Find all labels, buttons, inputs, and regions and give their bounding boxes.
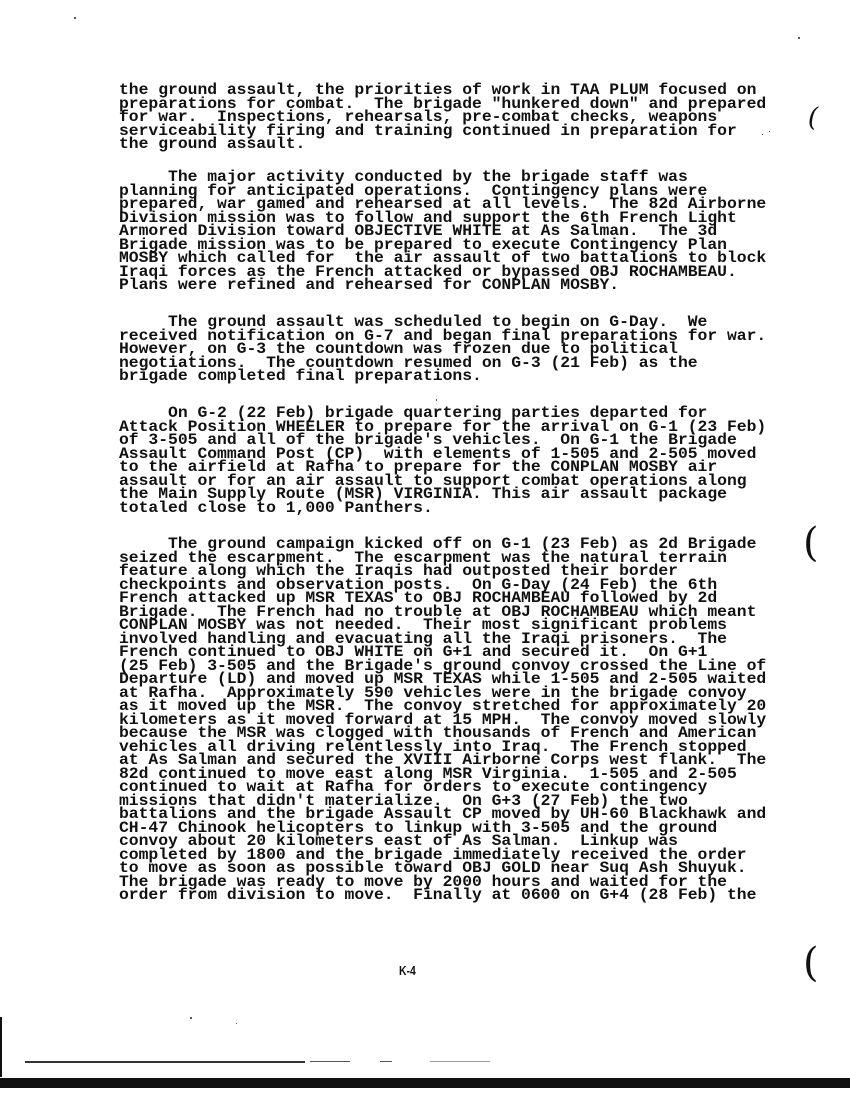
scan-speck [762, 134, 763, 135]
paragraph-1: the ground assault, the priorities of wo… [119, 84, 766, 151]
scan-speck [798, 37, 800, 39]
scan-speck [769, 131, 770, 132]
text-line: Plans were refined and rehearsed for CON… [119, 279, 766, 292]
page-number: K-4 [399, 963, 416, 978]
text-line: the ground assault. [119, 138, 766, 151]
scan-bottom-edge [0, 1078, 850, 1088]
paragraph-4: On G-2 (22 Feb) brigade quartering parti… [119, 407, 766, 515]
text-line: brigade completed final preparations. [119, 370, 766, 383]
text-line: totaled close to 1,000 Panthers. [119, 501, 766, 514]
document-page: the ground assault, the priorities of wo… [0, 0, 850, 1097]
scan-artifact-line [310, 1061, 350, 1062]
scan-left-edge [0, 1017, 2, 1077]
margin-bracket-mark: ( [803, 940, 819, 986]
scan-speck [236, 1023, 237, 1024]
margin-bracket-mark: ( [805, 103, 822, 133]
margin-bracket-mark: ( [803, 520, 819, 566]
paragraph-2: The major activity conducted by the brig… [119, 171, 766, 292]
scan-speck [436, 399, 437, 401]
scan-artifact-line [380, 1061, 392, 1062]
paragraph-5: The ground campaign kicked off on G-1 (2… [119, 538, 766, 902]
scan-artifact-line [25, 1061, 305, 1063]
scan-artifact-line [430, 1061, 490, 1062]
paragraph-3: The ground assault was scheduled to begi… [119, 316, 766, 383]
text-line: order from division to move. Finally at … [119, 889, 766, 902]
scan-speck [190, 1017, 192, 1019]
scan-speck [74, 17, 76, 19]
